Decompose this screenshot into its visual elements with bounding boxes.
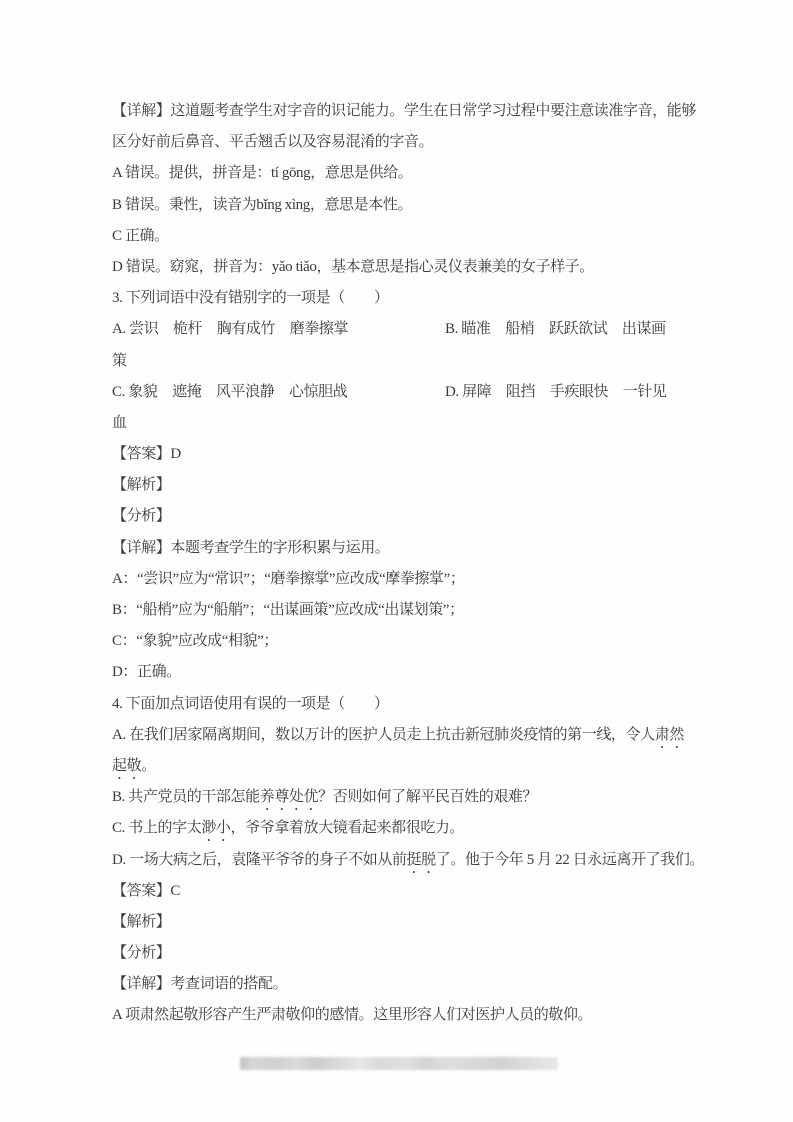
text-run: A 项肃然起敬形容产生严肃敬仰的感情。这里形容人们对医护人员的敬仰。 <box>112 1007 592 1023</box>
text-line: C：“象貌”应改成“相貌”； <box>112 626 752 657</box>
text-line: B 错误。秉性，读音为bǐng xìng，意思是本性。 <box>112 190 752 221</box>
text-line: A：“尝识”应为“常识”；“磨拳擦掌”应改成“摩拳擦掌”； <box>112 564 752 595</box>
text-run: A 错误。提供，拼音是：tí gōng，意思是供给。 <box>112 165 412 181</box>
text-run: 【答案】C <box>112 883 180 899</box>
text-run: 策 <box>112 353 127 369</box>
text-run: D. 一场大病之后，袁隆平爷爷的身子不如从前 <box>112 852 407 868</box>
text-line: C. 书上的字太渺小，爷爷拿着放大镜看起来都很吃力。 <box>112 813 752 844</box>
text-run: 。 <box>141 758 156 774</box>
text-run: 【解析】 <box>112 477 170 493</box>
text-run: 【解析】 <box>112 914 170 930</box>
text-line: 区分好前后鼻音、平舌翘舌以及容易混淆的字音。 <box>112 127 752 158</box>
emphasized-text: 起敬 <box>112 758 141 774</box>
option-column-right: B. 瞄准 船梢 跃跃欲试 出谋画 <box>445 314 666 345</box>
text-line: 【解析】 <box>112 907 752 938</box>
text-run: 【详解】考查词语的搭配。 <box>112 976 287 992</box>
text-run: D 错误。窈窕，拼音为：yǎo tiǎo，基本意思是指心灵仪表兼美的女子样子。 <box>112 259 594 275</box>
text-run: 【详解】这道题考查学生对字音的识记能力。学生在日常学习过程中要注意读准字音，能够 <box>112 103 696 119</box>
option-column-left: C. 象貌 遮掩 风平浪静 心惊胆战 <box>112 377 445 408</box>
text-line: A. 尝识 桅杆 胸有成竹 磨拳擦掌B. 瞄准 船梢 跃跃欲试 出谋画 <box>112 314 752 345</box>
text-line: 【分析】 <box>112 501 752 532</box>
text-run: ？否则如何了解平民百姓的艰难？ <box>318 789 537 805</box>
text-line: 策 <box>112 346 752 377</box>
text-run: B：“船梢”应为“船艄”；“出谋画策”应改成“出谋划策”； <box>112 602 464 618</box>
option-column-left: A. 尝识 桅杆 胸有成竹 磨拳擦掌 <box>112 314 445 345</box>
text-line: 【答案】C <box>112 876 752 907</box>
option-column-right: D. 屏障 阻挡 手疾眼快 一针见 <box>445 377 667 408</box>
text-run: C. 书上的字太 <box>112 820 201 836</box>
text-run: 【分析】 <box>112 508 170 524</box>
text-line: D. 一场大病之后，袁隆平爷爷的身子不如从前挺脱了。他于今年 5 月 22 日永… <box>112 845 752 876</box>
emphasized-text: 挺脱 <box>407 852 436 868</box>
text-run: A. 在我们居家隔离期间，数以万计的医护人员走上抗击新冠肺炎疫情的第一线，令人 <box>112 727 655 743</box>
text-run: ，爷爷拿着放大镜看起来都很吃力。 <box>231 820 465 836</box>
text-line: A 错误。提供，拼音是：tí gōng，意思是供给。 <box>112 158 752 189</box>
text-run: 4. 下面加点词语使用有误的一项是（ ） <box>112 696 389 712</box>
emphasized-text: 渺小 <box>201 820 230 836</box>
text-line: 3. 下列词语中没有错别字的一项是（ ） <box>112 283 752 314</box>
text-line: 起敬。 <box>112 751 752 782</box>
text-run: 【分析】 <box>112 945 170 961</box>
emphasized-text: 肃然 <box>655 727 684 743</box>
text-line: C 正确。 <box>112 221 752 252</box>
text-line: 【解析】 <box>112 470 752 501</box>
text-line: 【详解】这道题考查学生对字音的识记能力。学生在日常学习过程中要注意读准字音，能够 <box>112 96 752 127</box>
text-line: 【分析】 <box>112 938 752 969</box>
text-run: 区分好前后鼻音、平舌翘舌以及容易混淆的字音。 <box>112 134 433 150</box>
text-run: B 错误。秉性，读音为bǐng xìng，意思是本性。 <box>112 197 412 213</box>
text-line: A 项肃然起敬形容产生严肃敬仰的感情。这里形容人们对医护人员的敬仰。 <box>112 1000 752 1031</box>
exam-answer-page: 【详解】这道题考查学生对字音的识记能力。学生在日常学习过程中要注意读准字音，能够… <box>0 0 793 1122</box>
text-line: D 错误。窈窕，拼音为：yǎo tiǎo，基本意思是指心灵仪表兼美的女子样子。 <box>112 252 752 283</box>
text-line: B：“船梢”应为“船艄”；“出谋画策”应改成“出谋划策”； <box>112 595 752 626</box>
text-run: 【答案】D <box>112 446 181 462</box>
text-run: 3. 下列词语中没有错别字的一项是（ ） <box>112 290 389 306</box>
text-run: 了。他于今年 5 月 22 日永远离开了我们。 <box>436 852 704 868</box>
text-run: 血 <box>112 415 127 431</box>
text-line: 【详解】考查词语的搭配。 <box>112 969 752 1000</box>
text-run: A：“尝识”应为“常识”；“磨拳擦掌”应改成“摩拳擦掌”； <box>112 571 465 587</box>
text-line: 血 <box>112 408 752 439</box>
text-run: D：正确。 <box>112 664 181 680</box>
document-lines: 【详解】这道题考查学生对字音的识记能力。学生在日常学习过程中要注意读准字音，能够… <box>112 96 752 1032</box>
text-line: D：正确。 <box>112 657 752 688</box>
text-line: 【详解】本题考查学生的字形积累与运用。 <box>112 533 752 564</box>
text-line: 4. 下面加点词语使用有误的一项是（ ） <box>112 689 752 720</box>
text-line: A. 在我们居家隔离期间，数以万计的医护人员走上抗击新冠肺炎疫情的第一线，令人肃… <box>112 720 752 751</box>
text-line: C. 象貌 遮掩 风平浪静 心惊胆战D. 屏障 阻挡 手疾眼快 一针见 <box>112 377 752 408</box>
text-run: C 正确。 <box>112 228 169 244</box>
blurred-watermark <box>240 1057 558 1070</box>
text-run: 【详解】本题考查学生的字形积累与运用。 <box>112 540 389 556</box>
emphasized-text: 养尊处优 <box>260 789 318 805</box>
text-line: 【答案】D <box>112 439 752 470</box>
text-run: C：“象貌”应改成“相貌”； <box>112 633 278 649</box>
text-run: B. 共产党员的干部怎能 <box>112 789 260 805</box>
text-line: B. 共产党员的干部怎能养尊处优？否则如何了解平民百姓的艰难？ <box>112 782 752 813</box>
